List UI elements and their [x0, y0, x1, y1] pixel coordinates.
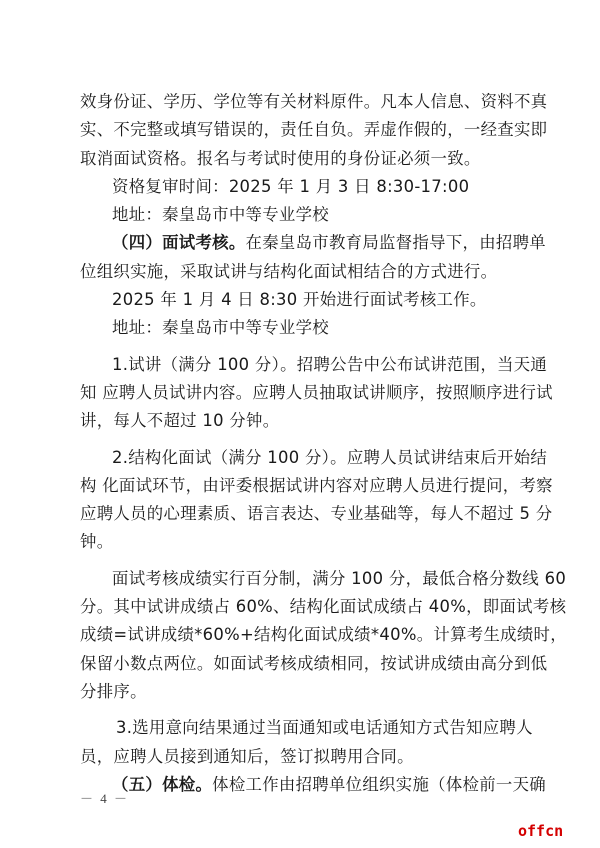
watermark-logo: offcn	[518, 822, 563, 840]
text-line: 员，应聘人员接到通知后，签订拟聘用合同。	[80, 743, 522, 771]
text-line: 保留小数点两位。如面试考核成绩相同，按试讲成绩由高分到低	[80, 650, 522, 678]
review-address: 地址：秦皇岛市中等专业学校	[80, 201, 522, 229]
page-number: － 4 －	[80, 788, 129, 807]
text-line: 应聘人员的心理素质、语言表达、专业基础等，每人不超过 5 分	[80, 500, 522, 528]
text-run: 体检工作由招聘单位组织实施（体检前一天确	[212, 775, 546, 794]
text-line: 分。其中试讲成绩占 60%、结构化面试成绩占 40%，即面试考核	[80, 593, 522, 621]
interview-address: 地址：秦皇岛市中等专业学校	[80, 314, 522, 342]
text-line: 钟。	[80, 528, 522, 556]
structured-interview-item: 2.结构化面试（满分 100 分）。应聘人员试讲结束后开始结	[80, 444, 522, 472]
section-5-paragraph: （五）体检。体检工作由招聘单位组织实施（体检前一天确	[80, 771, 522, 799]
text-line: 位组织实施，采取试讲与结构化面试相结合的方式进行。	[80, 258, 522, 286]
document-body: 效身份证、学历、学位等有关材料原件。凡本人信息、资料不真 实、不完整或填写错误的…	[80, 88, 522, 799]
text-run: 在秦皇岛市教育局监督指导下，由招聘单	[246, 233, 546, 252]
text-line: 成绩=试讲成绩*60%+结构化面试成绩*40%。计算考生成绩时，	[80, 621, 522, 649]
scoring-paragraph: 面试考核成绩实行百分制，满分 100 分，最低合格分数线 60	[80, 565, 522, 593]
review-time: 资格复审时间：2025 年 1 月 3 日 8:30-17:00	[80, 173, 522, 201]
interview-time: 2025 年 1 月 4 日 8:30 开始进行面试考核工作。	[80, 286, 522, 314]
text-line: 知 应聘人员试讲内容。应聘人员抽取试讲顺序，按照顺序进行试	[80, 379, 522, 407]
text-line: 效身份证、学历、学位等有关材料原件。凡本人信息、资料不真	[80, 88, 522, 116]
text-line: 构 化面试环节，由评委根据试讲内容对应聘人员进行提问，考察	[80, 472, 522, 500]
trial-lecture-item: 1.试讲（满分 100 分）。招聘公告中公布试讲范围，当天通	[80, 351, 522, 379]
section-4-heading: （四）面试考核。	[112, 233, 246, 252]
text-line: 取消面试资格。报名与考试时使用的身份证必须一致。	[80, 145, 522, 173]
text-line: 实、不完整或填写错误的，责任自负。弄虚作假的，一经查实即	[80, 116, 522, 144]
text-line: 讲，每人不超过 10 分钟。	[80, 407, 522, 435]
section-4-paragraph: （四）面试考核。在秦皇岛市教育局监督指导下，由招聘单	[80, 229, 522, 257]
text-line: 分排序。	[80, 678, 522, 706]
selection-notice-item: 3.选用意向结果通过当面通知或电话通知方式告知应聘人	[80, 714, 522, 742]
